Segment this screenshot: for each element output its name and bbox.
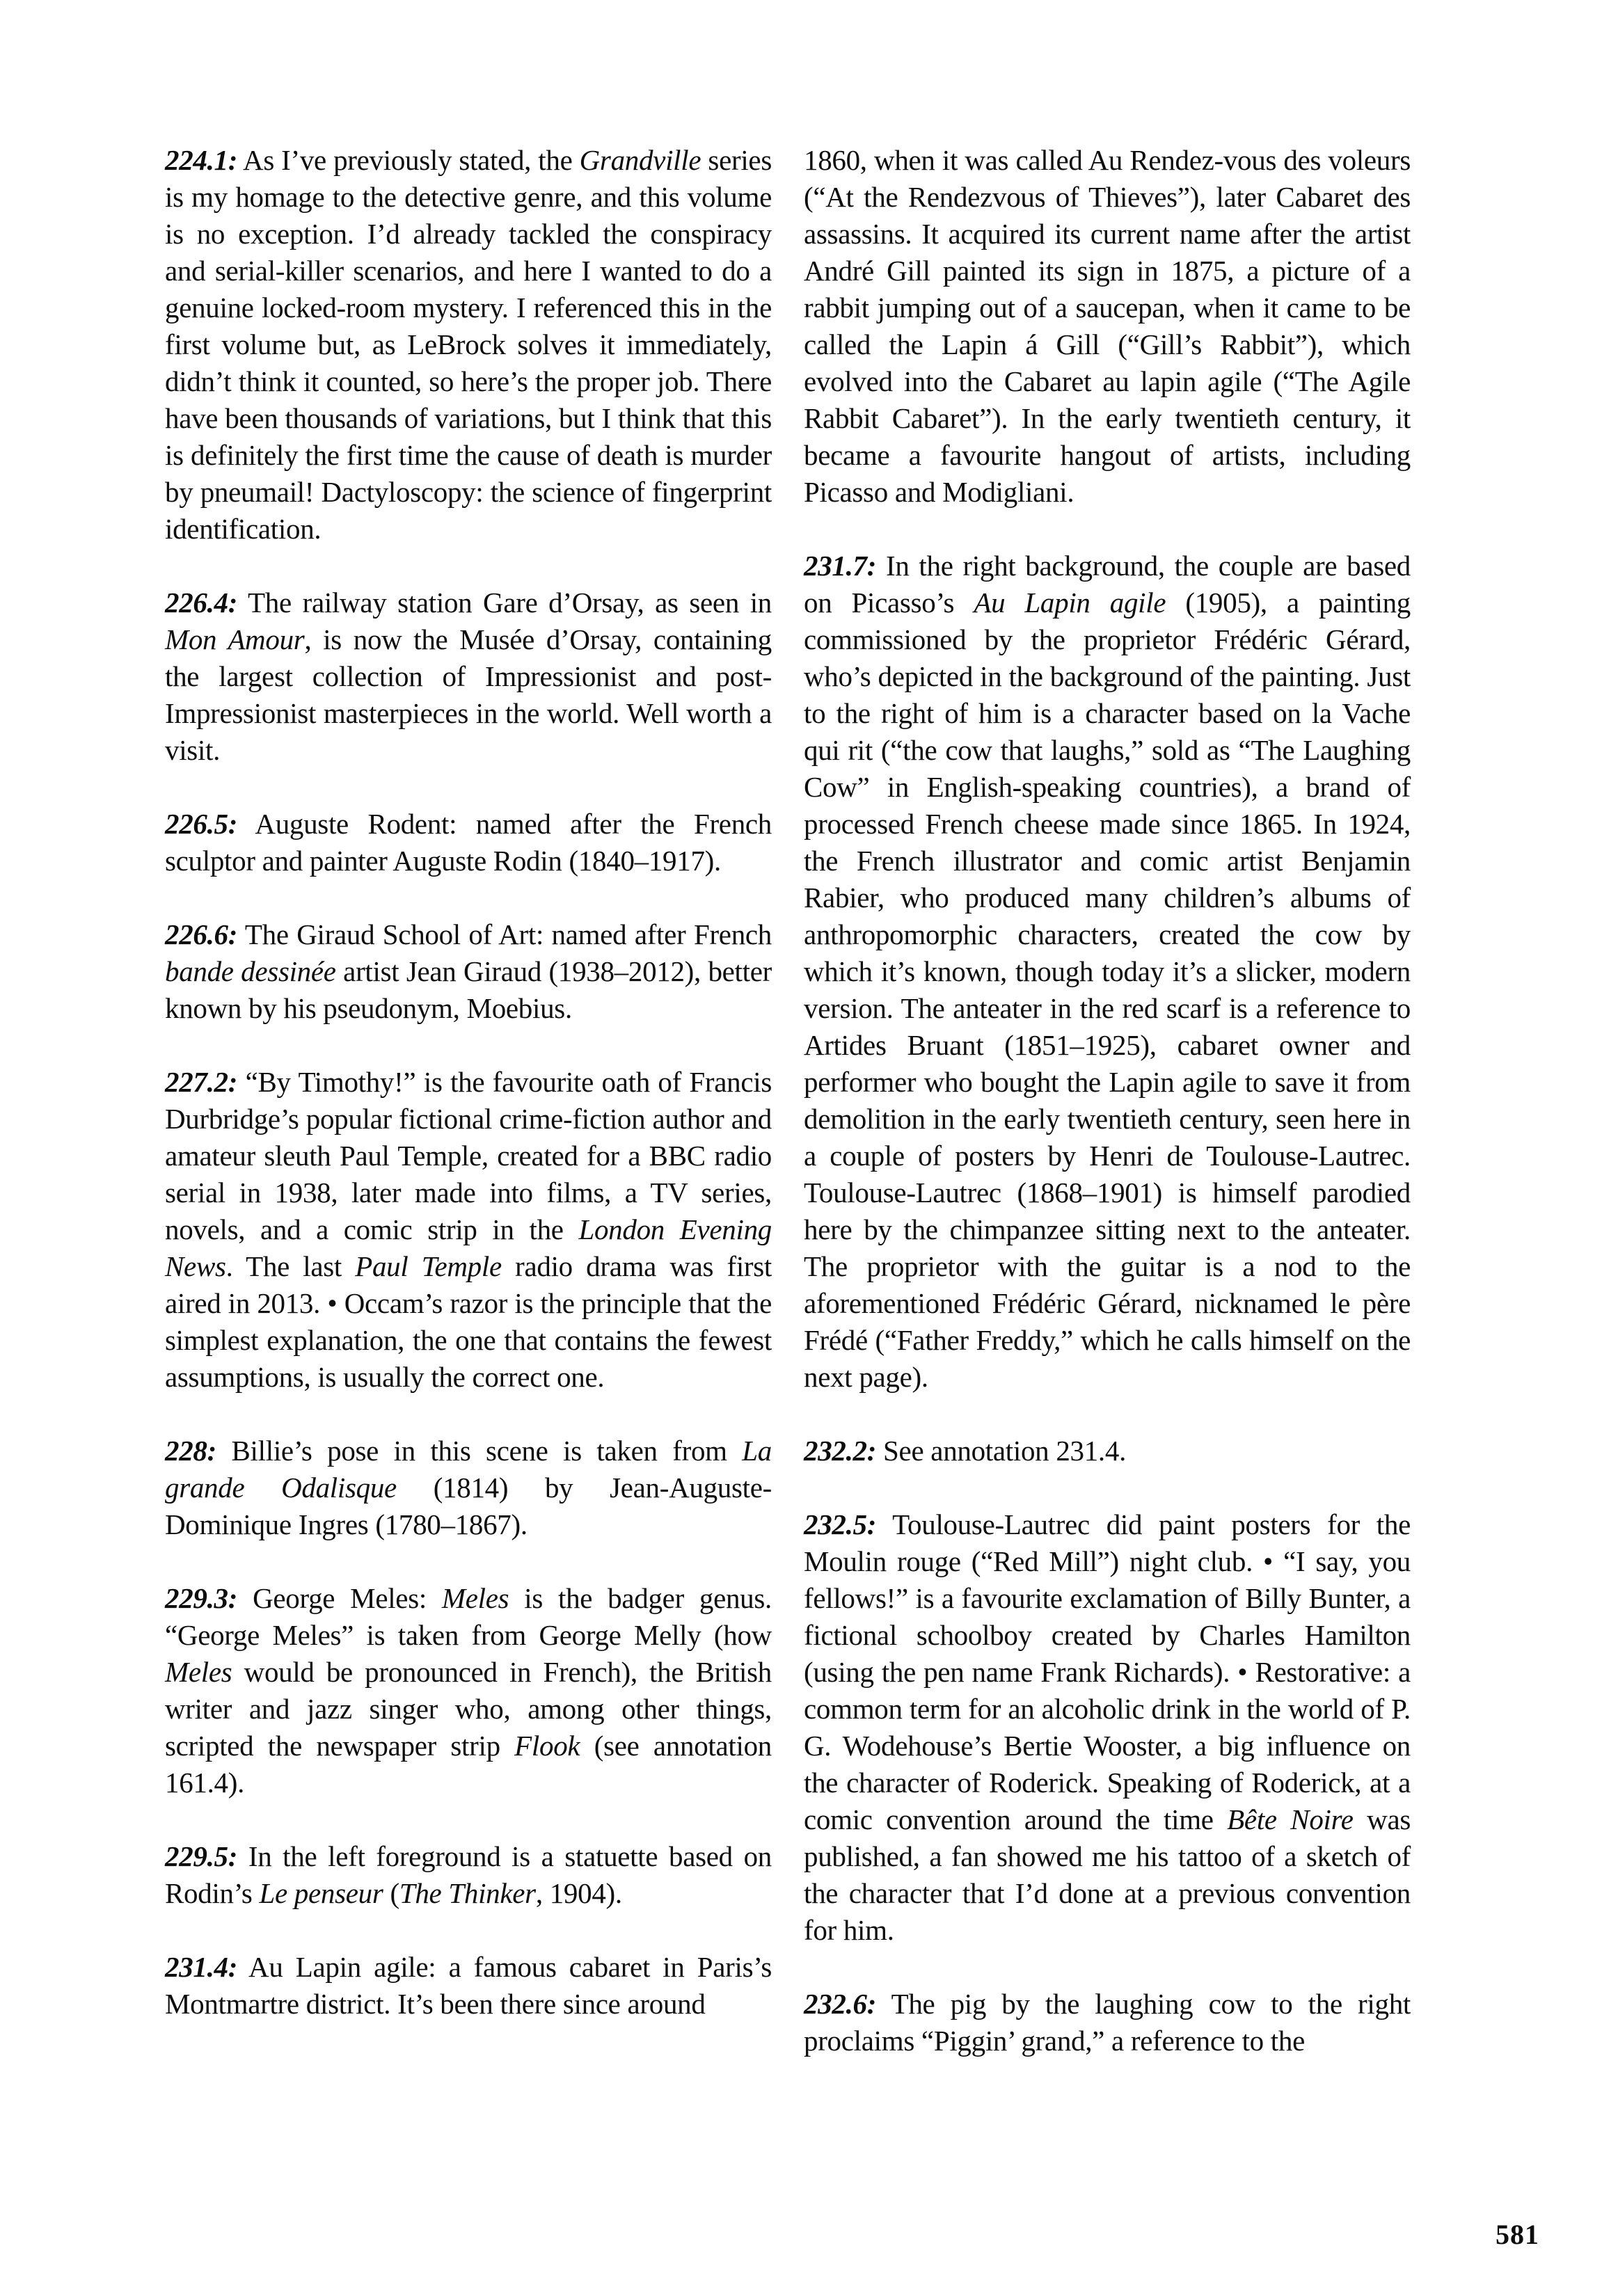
- annotation-paragraph: 232.5: Toulouse-Lautrec did paint poster…: [804, 1506, 1411, 1949]
- annotation-number: 226.4:: [165, 587, 237, 619]
- annotation-text: Toulouse-Lautrec did paint posters for t…: [804, 1508, 1411, 1835]
- annotation-number: 232.5:: [804, 1508, 876, 1540]
- annotation-paragraph: 227.2: “By Timothy!” is the favourite oa…: [165, 1064, 772, 1396]
- annotation-text: See annotation 231.4.: [876, 1435, 1126, 1467]
- annotation-text: The railway station Gare d’Orsay, as see…: [237, 587, 772, 619]
- annotation-paragraph: 224.1: As I’ve previously stated, the Gr…: [165, 142, 772, 548]
- annotation-text: Le penseur: [259, 1877, 383, 1909]
- annotation-number: 227.2:: [165, 1066, 237, 1098]
- two-column-text-block: 224.1: As I’ve previously stated, the Gr…: [165, 142, 1411, 2096]
- annotation-paragraph: 228: Billie’s pose in this scene is take…: [165, 1433, 772, 1543]
- annotation-paragraph: 226.4: The railway station Gare d’Orsay,…: [165, 584, 772, 769]
- left-column: 224.1: As I’ve previously stated, the Gr…: [165, 142, 772, 2096]
- annotation-number: 231.4:: [165, 1951, 237, 1983]
- annotation-text: (1905), a painting commissioned by the p…: [804, 587, 1411, 1393]
- annotation-paragraph: 232.6: The pig by the laughing cow to th…: [804, 1986, 1411, 2059]
- annotation-number: 226.6:: [165, 918, 237, 950]
- annotation-text: , 1904).: [536, 1877, 622, 1909]
- page-number: 581: [1496, 2218, 1539, 2251]
- annotation-text: Auguste Rodent: named after the French s…: [165, 808, 772, 877]
- annotation-number: 229.3:: [165, 1582, 237, 1614]
- annotation-text: The Giraud School of Art: named after Fr…: [237, 918, 772, 950]
- annotation-text: Au Lapin agile: [974, 587, 1166, 619]
- annotation-text: Mon Amour: [165, 623, 304, 655]
- annotation-text: Flook: [514, 1730, 580, 1762]
- annotation-text: bande dessinée: [165, 955, 336, 987]
- annotation-text: The Thinker: [399, 1877, 536, 1909]
- annotation-number: 231.7:: [804, 550, 876, 582]
- annotation-text: series is my homage to the detective gen…: [165, 144, 772, 545]
- annotation-number: 232.2:: [804, 1435, 876, 1467]
- annotation-paragraph: 231.7: In the right background, the coup…: [804, 548, 1411, 1396]
- annotation-paragraph: 226.6: The Giraud School of Art: named a…: [165, 916, 772, 1027]
- book-page: 224.1: As I’ve previously stated, the Gr…: [0, 0, 1618, 2296]
- annotation-text: . The last: [226, 1250, 356, 1282]
- annotation-text: Meles: [442, 1582, 509, 1614]
- annotation-text: Bête Noire: [1227, 1803, 1353, 1835]
- annotation-number: 232.6:: [804, 1988, 876, 2020]
- annotation-paragraph: 229.5: In the left foreground is a statu…: [165, 1838, 772, 1912]
- annotation-text: The pig by the laughing cow to the right…: [804, 1988, 1411, 2057]
- annotation-text: Billie’s pose in this scene is taken fro…: [216, 1435, 742, 1467]
- annotation-text: Paul Temple: [355, 1250, 502, 1282]
- annotation-paragraph: 229.3: George Meles: Meles is the badger…: [165, 1580, 772, 1801]
- annotation-paragraph: 232.2: See annotation 231.4.: [804, 1433, 1411, 1469]
- annotation-number: 224.1:: [165, 144, 237, 176]
- annotation-paragraph: 1860, when it was called Au Rendez-vous …: [804, 142, 1411, 511]
- annotation-paragraph: 226.5: Auguste Rodent: named after the F…: [165, 806, 772, 879]
- annotation-text: 1860, when it was called Au Rendez-vous …: [804, 144, 1411, 508]
- annotation-number: 228:: [165, 1435, 216, 1467]
- annotation-paragraph: 231.4: Au Lapin agile: a famous cabaret …: [165, 1949, 772, 2023]
- annotation-text: Grandville: [580, 144, 701, 176]
- annotation-number: 226.5:: [165, 808, 237, 840]
- annotation-text: Au Lapin agile: a famous cabaret in Pari…: [165, 1951, 772, 2020]
- annotation-text: (: [383, 1877, 399, 1909]
- annotation-text: George Meles:: [237, 1582, 442, 1614]
- annotation-text: As I’ve previously stated, the: [237, 144, 580, 176]
- annotation-text: Meles: [165, 1656, 232, 1688]
- annotation-number: 229.5:: [165, 1840, 237, 1872]
- right-column: 1860, when it was called Au Rendez-vous …: [804, 142, 1411, 2096]
